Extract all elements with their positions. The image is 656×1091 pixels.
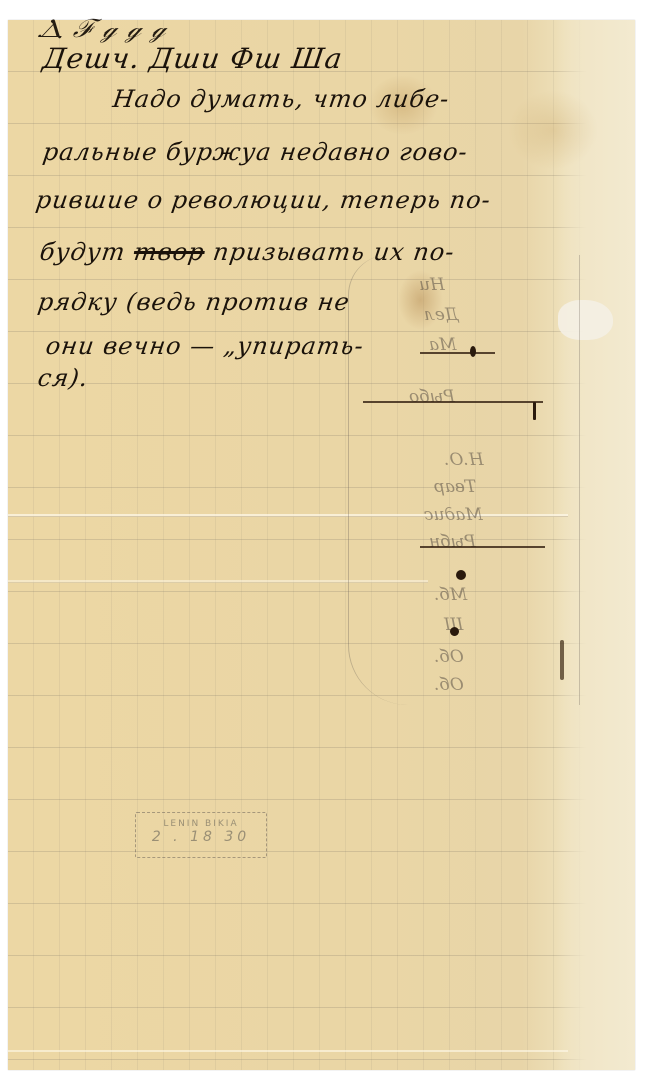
struck-word: твор xyxy=(132,238,206,266)
archive-stamp: LENIN BIKIA 2 . 18 30 xyxy=(135,812,267,858)
text-line-1: Надо думать, что либе- xyxy=(111,85,451,113)
text-fragment: призывать их по- xyxy=(203,238,457,266)
text-line-7: ся). xyxy=(36,364,90,392)
text-line-5: рядку (ведь против не xyxy=(36,288,352,316)
text-line-2: ральные буржуа недавно гово- xyxy=(41,138,470,166)
pencil-note: Мб. xyxy=(434,585,467,605)
pencil-table-bleedthrough: Ни Дел Ма Рыбо Н.О. Твар Мадис Рыбн Мб. … xyxy=(348,255,580,705)
ink-mark xyxy=(560,640,564,680)
ink-rule xyxy=(420,352,495,354)
text-fragment: будут xyxy=(38,238,136,266)
header-scribble: Дешч. Дши Фш Ша xyxy=(41,42,345,75)
stamp-line-1: LENIN BIKIA xyxy=(136,819,266,829)
pencil-note: Ни xyxy=(419,275,445,295)
stain xyxy=(508,90,598,170)
pencil-note: Дел xyxy=(424,305,459,325)
pencil-note: Мадис xyxy=(424,505,483,525)
ink-blot xyxy=(456,570,466,580)
text-line-4: будут твор призывать их по- xyxy=(38,238,456,266)
stamp-line-2: 2 . 18 30 xyxy=(136,829,266,845)
ink-rule xyxy=(363,401,543,403)
ink-blot xyxy=(470,346,476,357)
ink-rule xyxy=(420,546,545,548)
header-scribble: Ⲇ ℱ ℊ ℊ ℊ xyxy=(36,14,169,45)
pencil-note: Об. xyxy=(434,675,464,695)
pencil-note: Н.О. xyxy=(444,450,484,470)
pencil-note: Твар xyxy=(434,477,476,497)
pencil-note: Об. xyxy=(434,647,464,667)
ink-blot xyxy=(533,402,536,420)
pencil-note: Рыбн xyxy=(429,532,476,552)
ink-blot xyxy=(450,627,459,636)
text-line-3: рившие о революции, теперь по- xyxy=(34,186,493,214)
pencil-note: Рыбо xyxy=(409,387,455,407)
text-line-6: они вечно — „упирать- xyxy=(44,332,366,360)
fold-crease xyxy=(8,1050,568,1052)
manuscript-sheet: Ни Дел Ма Рыбо Н.О. Твар Мадис Рыбн Мб. … xyxy=(8,20,635,1070)
